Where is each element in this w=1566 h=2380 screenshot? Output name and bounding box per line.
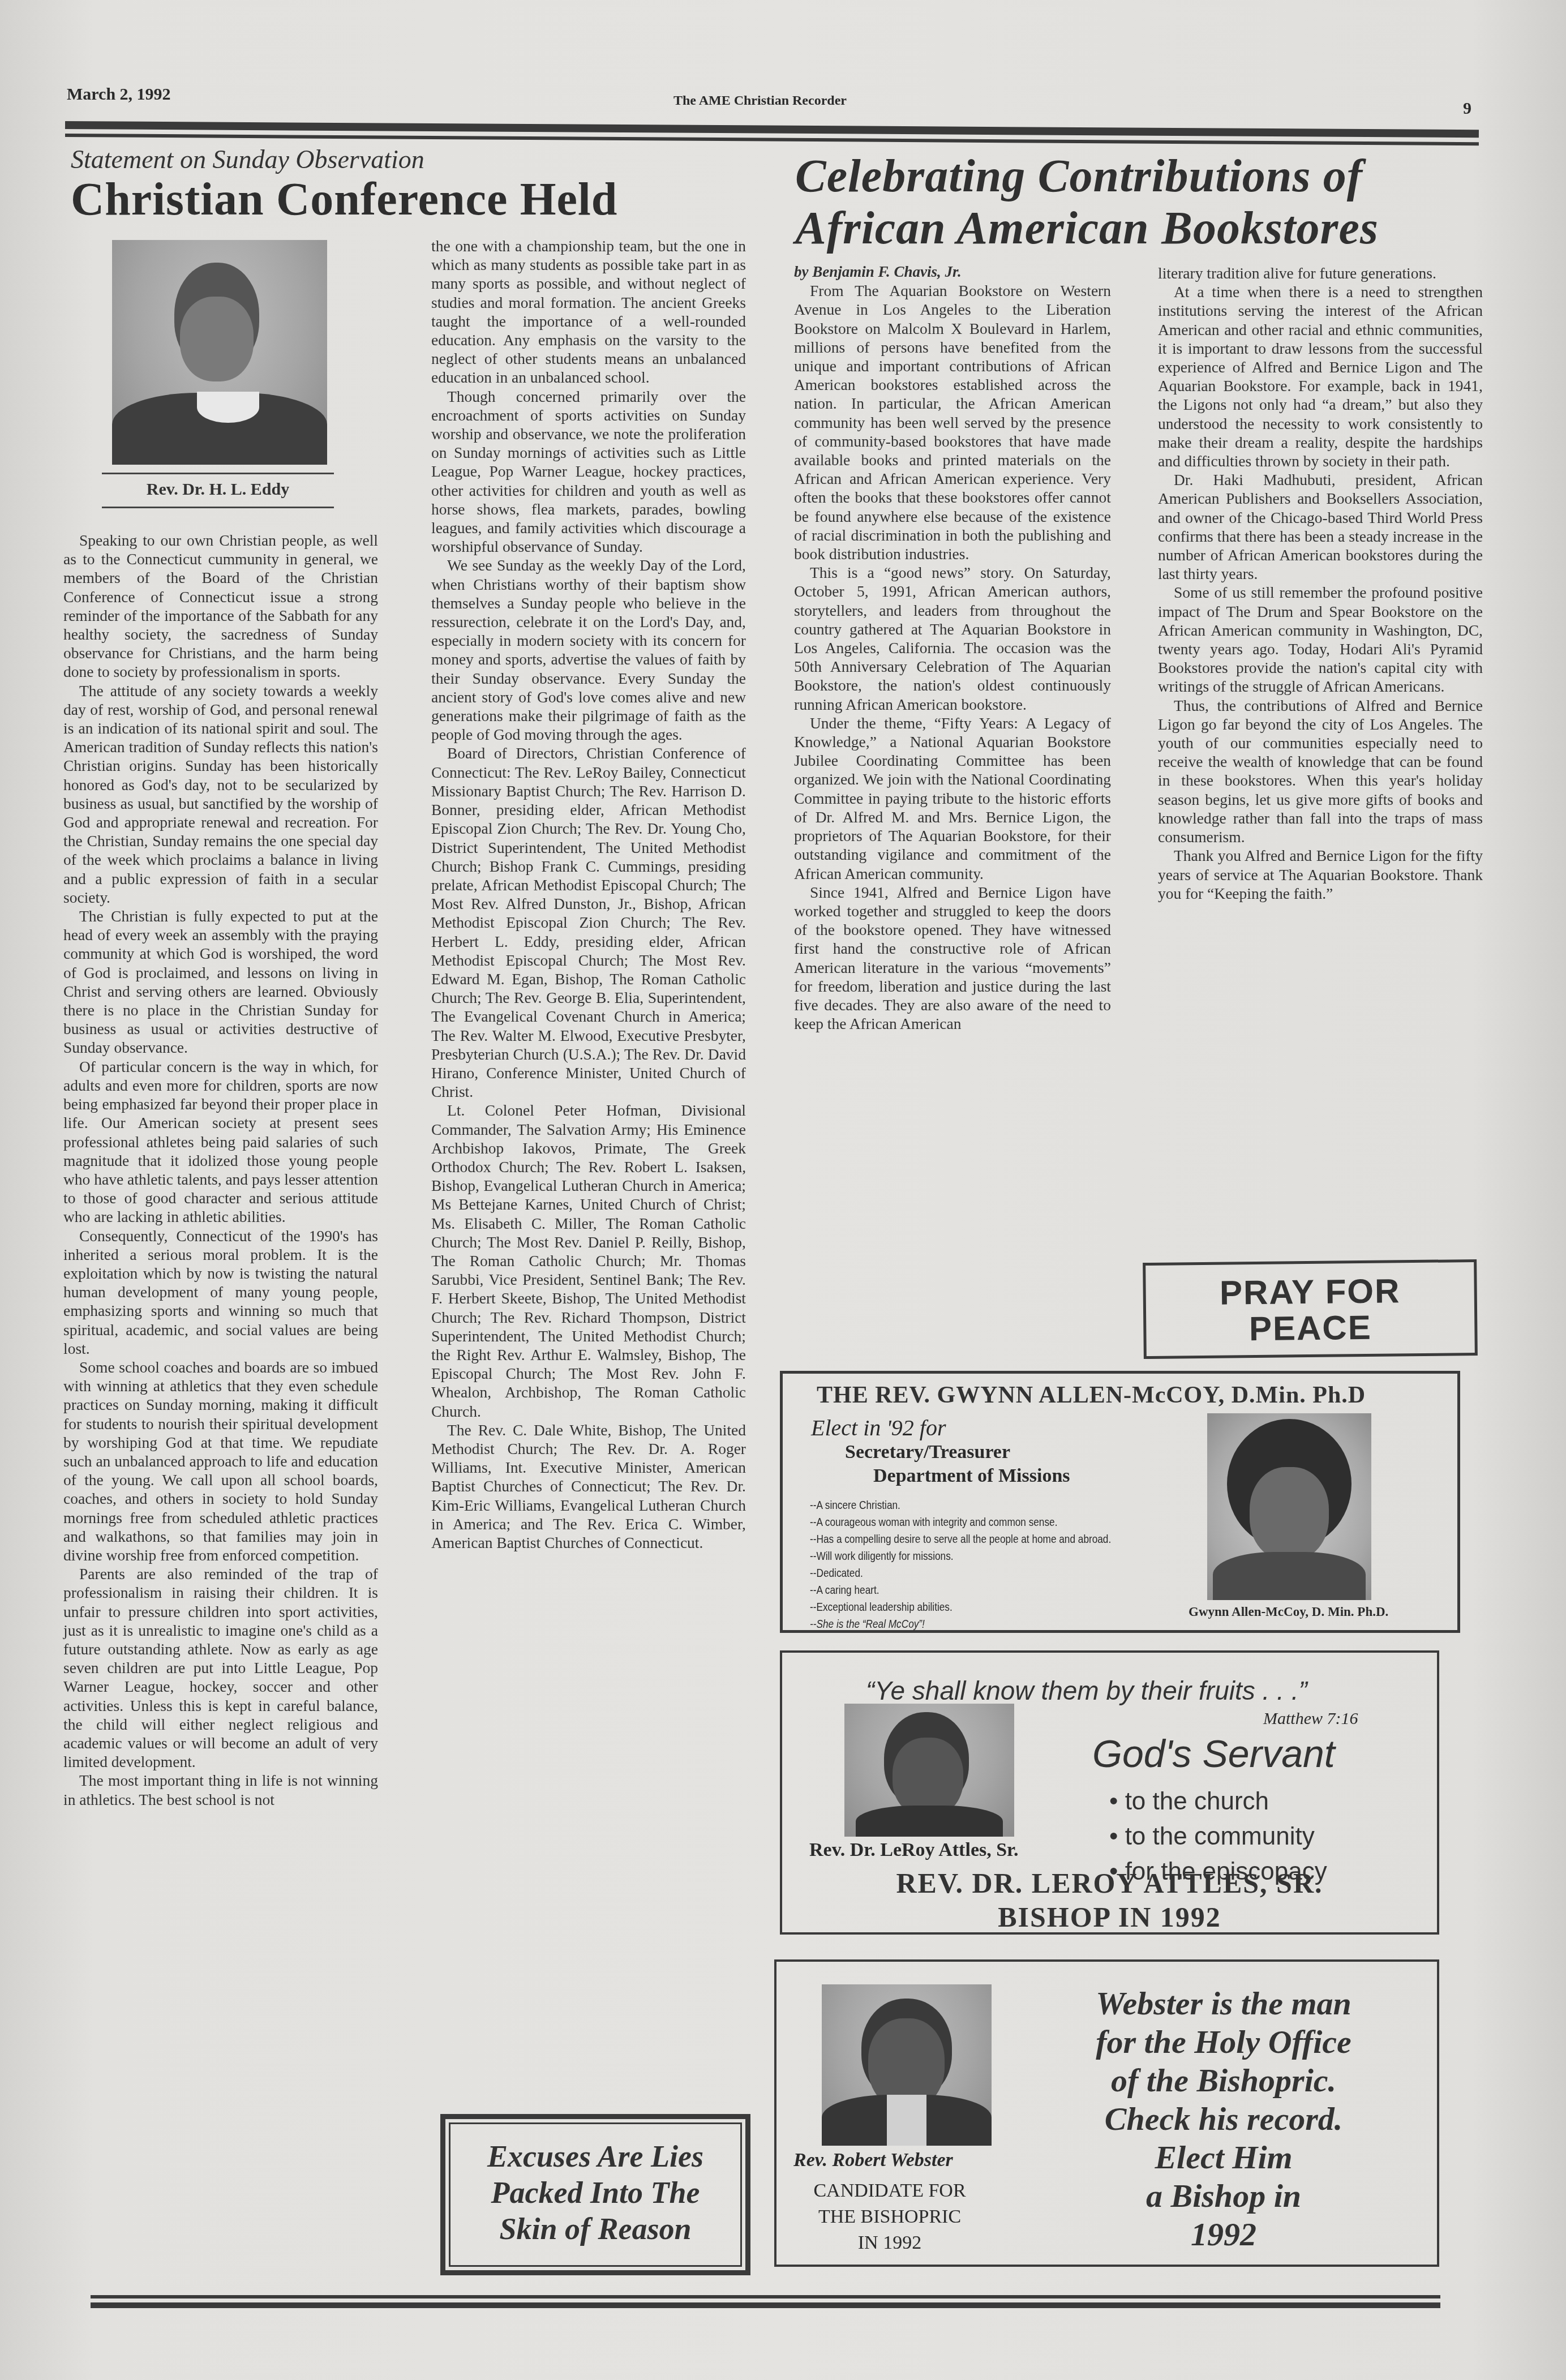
article-column-3: by Benjamin F. Chavis, Jr. From The Aqua… bbox=[794, 263, 1111, 1033]
paragraph: Under the theme, “Fifty Years: A Legacy … bbox=[794, 714, 1111, 883]
article-kicker: Statement on Sunday Observation bbox=[71, 144, 424, 174]
candidate-banner-office: BISHOP IN 1992 bbox=[782, 1901, 1437, 1933]
paragraph: Some school coaches and boards are so im… bbox=[63, 1358, 378, 1564]
slogan-line: for the Holy Office bbox=[1037, 2023, 1410, 2061]
article-column-1: Speaking to our own Christian people, as… bbox=[63, 531, 378, 1809]
quote-line: Skin of Reason bbox=[445, 2211, 745, 2247]
paragraph: Speaking to our own Christian people, as… bbox=[63, 531, 378, 681]
byline: by Benjamin F. Chavis, Jr. bbox=[794, 263, 1111, 281]
paragraph: literary tradition alive for future gene… bbox=[1158, 264, 1483, 282]
candidate-banner-name: REV. DR. LEROY ATTLES, SR. bbox=[782, 1867, 1437, 1899]
quality-item: --A sincere Christian. bbox=[810, 1497, 1181, 1514]
quality-item: --Exceptional leadership abilities. bbox=[810, 1599, 1181, 1616]
photo-leroy-attles bbox=[844, 1704, 1014, 1837]
scripture-reference: Matthew 7:16 bbox=[1263, 1709, 1358, 1729]
ad-robert-webster: Rev. Robert Webster CANDIDATE FOR THE BI… bbox=[774, 1959, 1439, 2267]
paragraph: Consequently, Connecticut of the 1990's … bbox=[63, 1227, 378, 1358]
paragraph: the one with a championship team, but th… bbox=[431, 237, 746, 387]
slogan-line: Elect Him bbox=[1037, 2138, 1410, 2177]
peace-line: PEACE bbox=[1146, 1309, 1475, 1348]
quality-item: --Has a compelling desire to serve all t… bbox=[810, 1531, 1181, 1548]
candidate-name: THE REV. GWYNN ALLEN-McCOY, D.Min. Ph.D bbox=[817, 1382, 1366, 1409]
slogan-line: a Bishop in bbox=[1037, 2177, 1410, 2215]
photo-caption-attles: Rev. Dr. LeRoy Attles, Sr. bbox=[809, 1839, 1019, 1861]
paragraph: From The Aquarian Bookstore on Western A… bbox=[794, 281, 1111, 563]
quality-item: --A caring heart. bbox=[810, 1582, 1181, 1599]
page-number: 9 bbox=[1463, 99, 1471, 118]
footer-rule-thin bbox=[91, 2295, 1440, 2298]
paragraph: Since 1941, Alfred and Bernice Ligon hav… bbox=[794, 883, 1111, 1034]
paragraph: Board of Directors, Christian Conference… bbox=[431, 744, 746, 1101]
headline-christian-conference: Christian Conference Held bbox=[71, 173, 617, 226]
paragraph: Some of us still remember the profound p… bbox=[1158, 583, 1483, 696]
paragraph: The Christian is fully expected to put a… bbox=[63, 907, 378, 1057]
publication-name: The AME Christian Recorder bbox=[673, 93, 847, 109]
paragraph: Dr. Haki Madhubuti, president, African A… bbox=[1158, 470, 1483, 583]
ad-leroy-attles: “Ye shall know them by their fruits . . … bbox=[780, 1650, 1439, 1935]
quality-item: --A courageous woman with integrity and … bbox=[810, 1514, 1181, 1531]
webster-slogan: Webster is the man for the Holy Office o… bbox=[1037, 1984, 1410, 2254]
servant-point: to the church bbox=[1109, 1784, 1327, 1819]
slogan-line: Webster is the man bbox=[1037, 1984, 1410, 2023]
caption-rule-top bbox=[102, 473, 334, 474]
gods-servant-title: God's Servant bbox=[1092, 1732, 1335, 1776]
position-department: Department of Missions bbox=[873, 1465, 1070, 1487]
quality-item: --Will work diligently for missions. bbox=[810, 1548, 1181, 1565]
slogan-line: 1992 bbox=[1037, 2215, 1410, 2254]
position-title: Secretary/Treasurer bbox=[845, 1442, 1010, 1463]
pray-for-peace-box: PRAY FOR PEACE bbox=[1143, 1259, 1478, 1359]
peace-line: PRAY FOR bbox=[1145, 1272, 1474, 1312]
photo-caption-webster: Rev. Robert Webster bbox=[793, 2150, 953, 2171]
ad-allen-mccoy: THE REV. GWYNN ALLEN-McCOY, D.Min. Ph.D … bbox=[780, 1371, 1460, 1633]
paragraph: The attitude of any society towards a we… bbox=[63, 681, 378, 907]
paragraph: Though concerned primarily over the encr… bbox=[431, 387, 746, 556]
candidate-line: THE BISHOPRIC bbox=[793, 2204, 986, 2230]
photo-gwynn-allen-mccoy bbox=[1207, 1413, 1371, 1600]
headline-bookstores: Celebrating Contributions of African Ame… bbox=[795, 150, 1491, 254]
photo-caption-eddy: Rev. Dr. H. L. Eddy bbox=[99, 480, 337, 499]
quality-item: --She is the “Real McCoy”! bbox=[810, 1616, 1181, 1633]
paragraph: Thus, the contributions of Alfred and Be… bbox=[1158, 696, 1483, 847]
caption-rule-bottom bbox=[102, 507, 334, 508]
qualities-list: --A sincere Christian. --A courageous wo… bbox=[810, 1497, 1181, 1633]
photo-robert-webster bbox=[822, 1984, 992, 2146]
paragraph: Lt. Colonel Peter Hofman, Divisional Com… bbox=[431, 1101, 746, 1420]
article-column-2: the one with a championship team, but th… bbox=[431, 237, 746, 1552]
article-column-4: literary tradition alive for future gene… bbox=[1158, 264, 1483, 903]
paragraph: The Rev. C. Dale White, Bishop, The Unit… bbox=[431, 1421, 746, 1552]
paragraph: We see Sunday as the weekly Day of the L… bbox=[431, 556, 746, 744]
quote-line: Packed Into The bbox=[445, 2175, 745, 2211]
candidate-text: CANDIDATE FOR THE BISHOPRIC IN 1992 bbox=[793, 2178, 986, 2256]
paragraph: This is a “good news” story. On Saturday… bbox=[794, 563, 1111, 714]
photo-rev-eddy bbox=[112, 240, 327, 465]
elect-line: Elect in '92 for bbox=[811, 1414, 946, 1441]
excuses-quote-box: Excuses Are Lies Packed Into The Skin of… bbox=[440, 2114, 750, 2275]
slogan-line: Check his record. bbox=[1037, 2100, 1410, 2138]
paragraph: Of particular concern is the way in whic… bbox=[63, 1057, 378, 1227]
footer-rule-thick bbox=[91, 2302, 1440, 2308]
paragraph: Thank you Alfred and Bernice Ligon for t… bbox=[1158, 846, 1483, 903]
quote-line: Excuses Are Lies bbox=[445, 2138, 745, 2175]
servant-point: to the community bbox=[1109, 1819, 1327, 1854]
quality-item: --Dedicated. bbox=[810, 1565, 1181, 1582]
paragraph: At a time when there is a need to streng… bbox=[1158, 282, 1483, 470]
photo-caption-mccoy: Gwynn Allen-McCoy, D. Min. Ph.D. bbox=[1189, 1605, 1388, 1619]
slogan-line: of the Bishopric. bbox=[1037, 2061, 1410, 2100]
candidate-line: IN 1992 bbox=[793, 2230, 986, 2256]
scripture-quote: “Ye shall know them by their fruits . . … bbox=[866, 1675, 1307, 1706]
newspaper-page: March 2, 1992 The AME Christian Recorder… bbox=[0, 0, 1566, 2380]
paragraph: The most important thing in life is not … bbox=[63, 1771, 378, 1808]
issue-date: March 2, 1992 bbox=[67, 85, 171, 104]
paragraph: Parents are also reminded of the trap of… bbox=[63, 1564, 378, 1771]
candidate-line: CANDIDATE FOR bbox=[793, 2178, 986, 2204]
